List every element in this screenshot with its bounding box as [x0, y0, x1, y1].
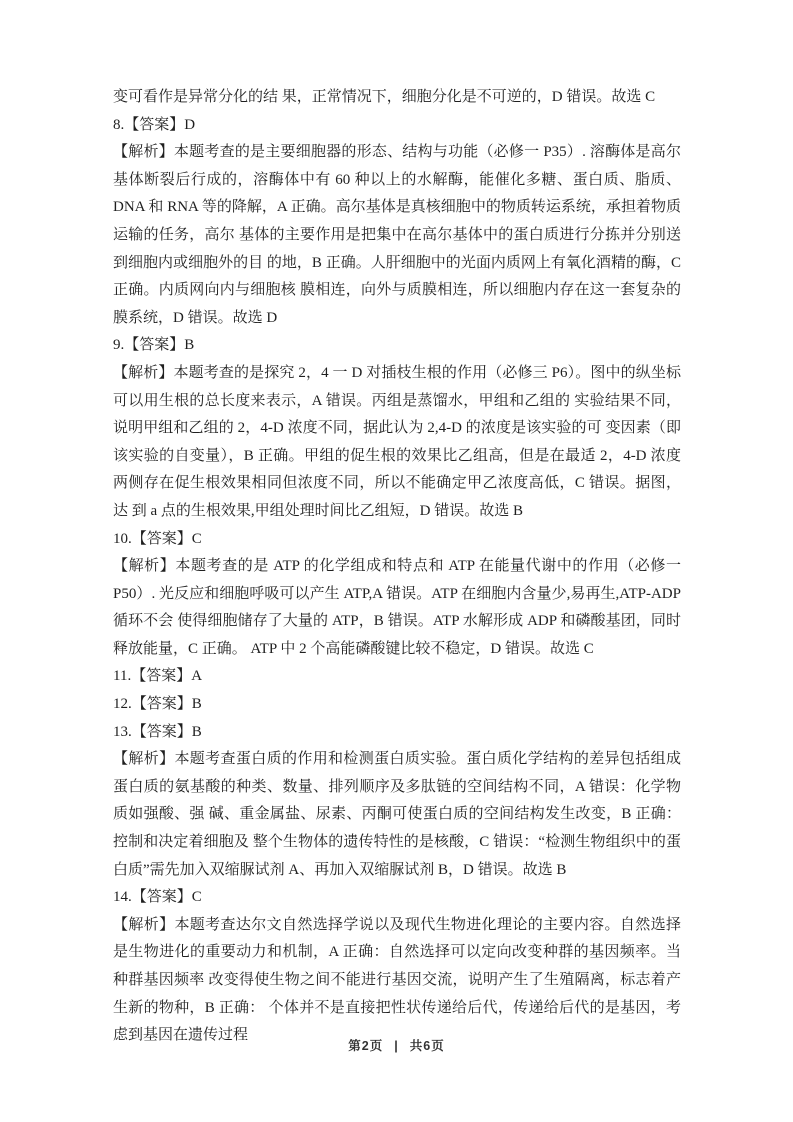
answer-label: 【答案】 [131, 668, 191, 684]
answer-label: 【答案】 [124, 337, 184, 353]
document-page: 变可看作是异常分化的结 果，正常情况下，细胞分化是不可逆的，D 错误。故选 C … [0, 0, 793, 1122]
answer-line: 13.【答案】B [113, 719, 681, 747]
answer-item-11: 11. 【答案】A [113, 663, 681, 691]
answer-line: 10. 【答案】C [113, 526, 681, 554]
page-footer: 第2页|共6页 [0, 1036, 793, 1054]
question-number: 8. [113, 112, 124, 140]
footer-separator: | [394, 1039, 399, 1053]
answer-value: D [184, 117, 195, 133]
question-number: 11. [113, 663, 131, 691]
explanation-paragraph: 【解析】本题考查蛋白质的作用和检测蛋白质实验。蛋白质化学结构的差异包括组成蛋白质… [113, 746, 681, 884]
question-number: 14. [113, 884, 132, 912]
question-number: 12. [113, 691, 132, 719]
answer-line: 14. 【答案】C [113, 884, 681, 912]
answer-item-12: 12. 【答案】B [113, 691, 681, 719]
answer-value: B [184, 337, 194, 353]
answer-value: B [192, 696, 202, 712]
answer-key-content: 变可看作是异常分化的结 果，正常情况下，细胞分化是不可逆的，D 错误。故选 C … [113, 84, 681, 1050]
answer-label: 【答案】 [132, 531, 192, 547]
explanation-paragraph: 【解析】本题考查的是探究 2，4 一 D 对插枝生根的作用（必修三 P6）。图中… [113, 360, 681, 526]
question-number: 9. [113, 332, 124, 360]
answer-item-10: 10. 【答案】C 【解析】本题考查的是 ATP 的化学组成和特点和 ATP 在… [113, 526, 681, 664]
footer-total-pages: 共6页 [410, 1039, 445, 1053]
answer-item-14: 14. 【答案】C 【解析】本题考查达尔文自然选择学说以及现代生物进化理论的主要… [113, 884, 681, 1050]
answer-value: B [192, 724, 202, 740]
answer-item-9: 9. 【答案】B 【解析】本题考查的是探究 2，4 一 D 对插枝生根的作用（必… [113, 332, 681, 525]
answer-label: 【答案】 [132, 889, 192, 905]
answer-line: 9. 【答案】B [113, 332, 681, 360]
answer-value: C [192, 531, 202, 547]
question-number: 10. [113, 526, 132, 554]
answer-value: C [192, 889, 202, 905]
footer-page-number: 第2页 [348, 1039, 383, 1053]
question-number: 13. [113, 719, 132, 747]
answer-line: 11. 【答案】A [113, 663, 681, 691]
answer-label: 【答案】 [132, 724, 192, 740]
explanation-paragraph: 【解析】本题考查的是主要细胞器的形态、结构与功能（必修一 P35）. 溶酶体是高… [113, 139, 681, 332]
explanation-paragraph: 【解析】本题考查的是 ATP 的化学组成和特点和 ATP 在能量代谢中的作用（必… [113, 553, 681, 663]
explanation-paragraph: 【解析】本题考查达尔文自然选择学说以及现代生物进化理论的主要内容。自然选择是生物… [113, 912, 681, 1050]
answer-line: 8. 【答案】D [113, 112, 681, 140]
page-continuation-text: 变可看作是异常分化的结 果，正常情况下，细胞分化是不可逆的，D 错误。故选 C [113, 84, 681, 112]
answer-value: A [191, 668, 202, 684]
answer-line: 12. 【答案】B [113, 691, 681, 719]
answer-label: 【答案】 [124, 117, 184, 133]
answer-item-13: 13.【答案】B 【解析】本题考查蛋白质的作用和检测蛋白质实验。蛋白质化学结构的… [113, 719, 681, 885]
answer-label: 【答案】 [132, 696, 192, 712]
answer-item-8: 8. 【答案】D 【解析】本题考查的是主要细胞器的形态、结构与功能（必修一 P3… [113, 112, 681, 333]
